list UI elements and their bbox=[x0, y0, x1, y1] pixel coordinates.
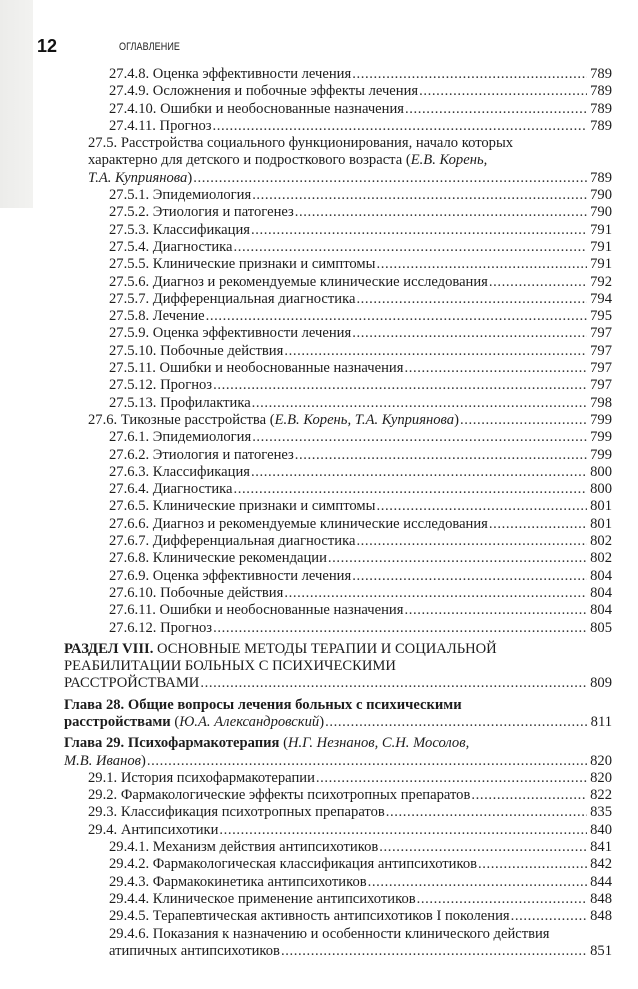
toc-subsection-entry[interactable]: 27.5.7. Дифференциальная диагностика794 bbox=[109, 291, 612, 308]
entry-page-number: 802 bbox=[588, 550, 612, 567]
dot-leader bbox=[379, 839, 587, 856]
entry-final-line: 29.4. Антипсихотики840 bbox=[88, 822, 612, 839]
entry-page-number: 792 bbox=[588, 274, 612, 291]
dot-leader bbox=[295, 204, 587, 221]
dot-leader bbox=[251, 464, 587, 481]
entry-final-line: Т.А. Куприянова)789 bbox=[88, 170, 612, 187]
entry-final-line: 27.5.5. Клинические признаки и симптомы7… bbox=[109, 256, 612, 273]
entry-page-number: 801 bbox=[588, 516, 612, 533]
entry-text-segment: 29.4.6. Показания к назначению и особенн… bbox=[109, 926, 550, 942]
entry-page-number: 851 bbox=[588, 943, 612, 960]
entry-page-number: 790 bbox=[588, 187, 612, 204]
dot-leader bbox=[405, 101, 587, 118]
entry-final-line: 27.6.10. Побочные действия804 bbox=[109, 585, 612, 602]
entry-page-number: 848 bbox=[588, 908, 612, 925]
entry-title: 27.5.7. Дифференциальная диагностика bbox=[109, 291, 355, 308]
entry-title-line: РАЗДЕЛ VIII. ОСНОВНЫЕ МЕТОДЫ ТЕРАПИИ И С… bbox=[64, 641, 612, 658]
dot-leader bbox=[200, 675, 587, 692]
entry-final-line: 27.5.6. Диагноз и рекомендуемые клиничес… bbox=[109, 274, 612, 291]
entry-final-line: 27.6.5. Клинические признаки и симптомы8… bbox=[109, 498, 612, 515]
entry-title-line: 29.4.6. Показания к назначению и особенн… bbox=[109, 926, 612, 943]
entry-final-line: 27.5.9. Оценка эффективности лечения797 bbox=[109, 325, 612, 342]
entry-page-number: 798 bbox=[588, 395, 612, 412]
entry-final-line: 29.4.1. Механизм действия антипсихотиков… bbox=[109, 839, 612, 856]
entry-final-line: 27.6.8. Клинические рекомендации802 bbox=[109, 550, 612, 567]
entry-final-line: 27.4.9. Осложнения и побочные эффекты ле… bbox=[109, 83, 612, 100]
entry-final-line: 27.5.2. Этиология и патогенез790 bbox=[109, 204, 612, 221]
entry-page-number: 804 bbox=[588, 568, 612, 585]
entry-title: М.В. Иванов) bbox=[64, 753, 146, 770]
entry-title: 27.6.6. Диагноз и рекомендуемые клиничес… bbox=[109, 516, 488, 533]
dot-leader bbox=[316, 770, 587, 787]
toc-subsection-entry[interactable]: 29.4.2. Фармакологическая классификация … bbox=[109, 856, 612, 873]
entry-final-line: 27.5.13. Профилактика798 bbox=[109, 395, 612, 412]
entry-page-number: 804 bbox=[588, 585, 612, 602]
entry-title: атипичных антипсихотиков bbox=[109, 943, 280, 960]
toc-subsection-entry[interactable]: 27.5.11. Ошибки и необоснованные назначе… bbox=[109, 360, 612, 377]
dot-leader bbox=[295, 447, 587, 464]
entry-final-line: 27.6.4. Диагностика800 bbox=[109, 481, 612, 498]
entry-text-segment: Т.А. Куприянова bbox=[88, 170, 187, 186]
dot-leader bbox=[386, 804, 587, 821]
entry-title: 27.5.8. Лечение bbox=[109, 308, 205, 325]
entry-title: 27.4.9. Осложнения и побочные эффекты ле… bbox=[109, 83, 418, 100]
dot-leader bbox=[213, 118, 587, 135]
entry-final-line: 27.6.6. Диагноз и рекомендуемые клиничес… bbox=[109, 516, 612, 533]
entry-title: Т.А. Куприянова) bbox=[88, 170, 192, 187]
running-head-title: ОГЛАВЛЕНИЕ bbox=[119, 41, 180, 53]
entry-page-number: 789 bbox=[588, 83, 612, 100]
entry-title: 27.6. Тикозные расстройства (Е.В. Корень… bbox=[88, 412, 459, 429]
entry-final-line: 27.5.11. Ошибки и необоснованные назначе… bbox=[109, 360, 612, 377]
entry-title: 27.5.5. Клинические признаки и симптомы bbox=[109, 256, 375, 273]
entry-page-number: 791 bbox=[588, 239, 612, 256]
toc-chapter-entry[interactable]: Глава 28. Общие вопросы лечения больных … bbox=[64, 697, 612, 732]
dot-leader bbox=[252, 429, 587, 446]
entry-page-number: 800 bbox=[588, 464, 612, 481]
entry-final-line: М.В. Иванов)820 bbox=[64, 753, 612, 770]
entry-page-number: 822 bbox=[588, 787, 612, 804]
entry-final-line: 29.4.5. Терапевтическая активность антип… bbox=[109, 908, 612, 925]
entry-text-segment: РАЗДЕЛ VIII. bbox=[64, 641, 153, 657]
entry-title: 27.6.1. Эпидемиология bbox=[109, 429, 251, 446]
entry-page-number: 804 bbox=[588, 602, 612, 619]
toc-subsection-entry[interactable]: 27.4.9. Осложнения и побочные эффекты ле… bbox=[109, 83, 612, 100]
dot-leader bbox=[511, 908, 587, 925]
entry-final-line: 27.5.3. Классификация791 bbox=[109, 222, 612, 239]
entry-page-number: 800 bbox=[588, 481, 612, 498]
toc-subsection-entry[interactable]: 29.4.3. Фармакокинетика антипсихотиков84… bbox=[109, 874, 612, 891]
entry-title: 29.3. Классификация психотропных препара… bbox=[88, 804, 385, 821]
entry-title: 29.1. История психофармакотерапии bbox=[88, 770, 315, 787]
entry-title: 27.4.8. Оценка эффективности лечения bbox=[109, 66, 351, 83]
dot-leader bbox=[193, 170, 587, 187]
entry-text-segment: РЕАБИЛИТАЦИИ БОЛЬНЫХ С ПСИХИЧЕСКИМИ bbox=[64, 658, 396, 674]
entry-page-number: 797 bbox=[588, 343, 612, 360]
entry-title: 27.6.10. Побочные действия bbox=[109, 585, 283, 602]
entry-page-number: 789 bbox=[588, 118, 612, 135]
entry-final-line: 27.5.4. Диагностика791 bbox=[109, 239, 612, 256]
entry-title-line: РЕАБИЛИТАЦИИ БОЛЬНЫХ С ПСИХИЧЕСКИМИ bbox=[64, 658, 612, 675]
entry-title: 27.5.2. Этиология и патогенез bbox=[109, 204, 294, 221]
entry-title: 27.4.11. Прогноз bbox=[109, 118, 212, 135]
dot-leader bbox=[489, 274, 587, 291]
toc-subsection-entry[interactable]: 29.4.4. Клиническое применение антипсихо… bbox=[109, 891, 612, 908]
entry-text-segment: расстройствами bbox=[64, 714, 171, 730]
dot-leader bbox=[234, 239, 588, 256]
toc-subsection-entry[interactable]: 27.4.10. Ошибки и необоснованные назначе… bbox=[109, 101, 612, 118]
entry-page-number: 799 bbox=[588, 429, 612, 446]
entry-final-line: 29.4.2. Фармакологическая классификация … bbox=[109, 856, 612, 873]
entry-page-number: 842 bbox=[588, 856, 612, 873]
dot-leader bbox=[419, 83, 587, 100]
entry-page-number: 801 bbox=[588, 498, 612, 515]
entry-title: 29.2. Фармакологические эффекты психотро… bbox=[88, 787, 470, 804]
entry-text-segment: 27.5. Расстройства социального функциони… bbox=[88, 135, 513, 151]
entry-text-segment: ) bbox=[319, 714, 324, 730]
dot-leader bbox=[206, 308, 587, 325]
page-number: 12 bbox=[37, 36, 57, 57]
dot-leader bbox=[352, 66, 587, 83]
toc-subsection-entry[interactable]: 27.6.9. Оценка эффективности лечения804 bbox=[109, 568, 612, 585]
entry-page-number: 835 bbox=[588, 804, 612, 821]
entry-page-number: 795 bbox=[588, 308, 612, 325]
toc-subsection-entry[interactable]: 27.6.5. Клинические признаки и симптомы8… bbox=[109, 498, 612, 515]
entry-title: 27.5.4. Диагностика bbox=[109, 239, 233, 256]
toc-subsection-entry[interactable]: 27.5.5. Клинические признаки и симптомы7… bbox=[109, 256, 612, 273]
toc-subsection-entry[interactable]: 29.4.1. Механизм действия антипсихотиков… bbox=[109, 839, 612, 856]
entry-final-line: 27.6.11. Ошибки и необоснованные назначе… bbox=[109, 602, 612, 619]
entry-final-line: 29.1. История психофармакотерапии820 bbox=[88, 770, 612, 787]
toc-subsection-entry[interactable]: 27.5.1. Эпидемиология790 bbox=[109, 187, 612, 204]
entry-page-number: 789 bbox=[588, 101, 612, 118]
entry-final-line: 29.3. Классификация психотропных препара… bbox=[88, 804, 612, 821]
toc-chapter-entry[interactable]: РАЗДЕЛ VIII. ОСНОВНЫЕ МЕТОДЫ ТЕРАПИИ И С… bbox=[64, 641, 612, 693]
dot-leader bbox=[213, 620, 587, 637]
toc-subsection-entry[interactable]: 27.6.6. Диагноз и рекомендуемые клиничес… bbox=[109, 516, 612, 533]
dot-leader bbox=[213, 377, 587, 394]
entry-title: 27.5.9. Оценка эффективности лечения bbox=[109, 325, 351, 342]
entry-text-segment: Н.Г. Незнанов, С.Н. Мосолов, bbox=[288, 735, 469, 751]
entry-text-segment: 27.6. Тикозные расстройства ( bbox=[88, 412, 275, 428]
toc-subsection-entry[interactable]: 27.5.13. Профилактика798 bbox=[109, 395, 612, 412]
toc-subsection-entry[interactable]: 27.5.3. Классификация791 bbox=[109, 222, 612, 239]
entry-final-line: 27.6.12. Прогноз805 bbox=[109, 620, 612, 637]
entry-title: 29.4.1. Механизм действия антипсихотиков bbox=[109, 839, 378, 856]
dot-leader bbox=[284, 585, 587, 602]
entry-title: 27.6.12. Прогноз bbox=[109, 620, 212, 637]
toc-subsection-entry[interactable]: 27.5.10. Побочные действия797 bbox=[109, 343, 612, 360]
toc-subsection-entry[interactable]: 27.6.8. Клинические рекомендации802 bbox=[109, 550, 612, 567]
dot-leader bbox=[147, 753, 587, 770]
entry-final-line: 27.6. Тикозные расстройства (Е.В. Корень… bbox=[88, 412, 612, 429]
entry-title: 27.6.3. Классификация bbox=[109, 464, 250, 481]
dot-leader bbox=[252, 395, 587, 412]
toc-subsection-entry[interactable]: 27.4.8. Оценка эффективности лечения789 bbox=[109, 66, 612, 83]
entry-page-number: 844 bbox=[588, 874, 612, 891]
toc-section-entry[interactable]: 29.3. Классификация психотропных препара… bbox=[88, 804, 612, 821]
entry-final-line: 27.5.12. Прогноз797 bbox=[109, 377, 612, 394]
dot-leader bbox=[356, 533, 587, 550]
entry-final-line: атипичных антипсихотиков851 bbox=[109, 943, 612, 960]
entry-final-line: 27.4.8. Оценка эффективности лечения789 bbox=[109, 66, 612, 83]
entry-title: 27.6.11. Ошибки и необоснованные назначе… bbox=[109, 602, 403, 619]
toc-section-entry[interactable]: 29.1. История психофармакотерапии820 bbox=[88, 770, 612, 787]
entry-final-line: 27.6.2. Этиология и патогенез799 bbox=[109, 447, 612, 464]
entry-final-line: 27.6.7. Дифференциальная диагностика802 bbox=[109, 533, 612, 550]
entry-final-line: 29.4.3. Фармакокинетика антипсихотиков84… bbox=[109, 874, 612, 891]
dot-leader bbox=[284, 343, 587, 360]
entry-text-segment: ) bbox=[141, 753, 146, 769]
toc-chapter-entry[interactable]: Глава 29. Психофармакотерапия (Н.Г. Незн… bbox=[64, 735, 612, 770]
toc-subsection-entry[interactable]: 27.6.1. Эпидемиология799 bbox=[109, 429, 612, 446]
entry-page-number: 809 bbox=[588, 675, 612, 692]
toc-subsection-entry[interactable]: 27.5.6. Диагноз и рекомендуемые клиничес… bbox=[109, 274, 612, 291]
dot-leader bbox=[219, 822, 587, 839]
toc-subsection-entry[interactable]: 27.6.3. Классификация800 bbox=[109, 464, 612, 481]
entry-final-line: 27.5.10. Побочные действия797 bbox=[109, 343, 612, 360]
entry-final-line: 27.6.1. Эпидемиология799 bbox=[109, 429, 612, 446]
entry-text-segment: Е.В. Корень, bbox=[411, 152, 488, 168]
entry-page-number: 799 bbox=[588, 412, 612, 429]
entry-title-line: характерно для детского и подросткового … bbox=[88, 152, 612, 169]
entry-title: 27.5.6. Диагноз и рекомендуемые клиничес… bbox=[109, 274, 488, 291]
toc-subsection-entry[interactable]: 27.5.4. Диагностика791 bbox=[109, 239, 612, 256]
toc-subsection-entry[interactable]: 27.5.12. Прогноз797 bbox=[109, 377, 612, 394]
entry-title: 27.5.13. Профилактика bbox=[109, 395, 251, 412]
entry-title: 27.5.12. Прогноз bbox=[109, 377, 212, 394]
entry-page-number: 848 bbox=[588, 891, 612, 908]
entry-text-segment: ( bbox=[171, 714, 180, 730]
entry-page-number: 791 bbox=[588, 256, 612, 273]
entry-page-number: 797 bbox=[588, 360, 612, 377]
entry-text-segment: ( bbox=[279, 735, 288, 751]
entry-title: 27.5.10. Побочные действия bbox=[109, 343, 283, 360]
entry-text-segment: Глава 28. Общие вопросы лечения больных … bbox=[64, 697, 462, 713]
entry-page-number: 802 bbox=[588, 533, 612, 550]
entry-title-line: Глава 28. Общие вопросы лечения больных … bbox=[64, 697, 612, 714]
entry-final-line: 27.5.8. Лечение795 bbox=[109, 308, 612, 325]
toc-section-entry[interactable]: 27.5. Расстройства социального функциони… bbox=[88, 135, 612, 187]
toc-section-entry[interactable]: 29.2. Фармакологические эффекты психотро… bbox=[88, 787, 612, 804]
entry-page-number: 790 bbox=[588, 204, 612, 221]
toc-subsection-entry[interactable]: 27.6.7. Дифференциальная диагностика802 bbox=[109, 533, 612, 550]
entry-title: 27.6.5. Клинические признаки и симптомы bbox=[109, 498, 375, 515]
dot-leader bbox=[478, 856, 587, 873]
entry-page-number: 797 bbox=[588, 377, 612, 394]
dot-leader bbox=[471, 787, 587, 804]
entry-final-line: 29.4.4. Клиническое применение антипсихо… bbox=[109, 891, 612, 908]
entry-page-number: 805 bbox=[588, 620, 612, 637]
entry-title: 29.4.4. Клиническое применение антипсихо… bbox=[109, 891, 416, 908]
entry-text-segment: Е.В. Корень, Т.А. Куприянова bbox=[275, 412, 455, 428]
toc-subsection-entry[interactable]: 27.6.10. Побочные действия804 bbox=[109, 585, 612, 602]
entry-final-line: 27.4.10. Ошибки и необоснованные назначе… bbox=[109, 101, 612, 118]
dot-leader bbox=[460, 412, 587, 429]
dot-leader bbox=[328, 550, 587, 567]
entry-text-segment: Ю.А. Александровский bbox=[179, 714, 319, 730]
toc-subsection-entry[interactable]: 27.5.2. Этиология и патогенез790 bbox=[109, 204, 612, 221]
toc-section-entry[interactable]: 29.4. Антипсихотики840 bbox=[88, 822, 612, 839]
dot-leader bbox=[404, 602, 587, 619]
entry-page-number: 820 bbox=[588, 770, 612, 787]
entry-text-segment: М.В. Иванов bbox=[64, 753, 141, 769]
toc-subsection-entry[interactable]: 27.5.9. Оценка эффективности лечения797 bbox=[109, 325, 612, 342]
entry-page-number: 789 bbox=[588, 170, 612, 187]
toc-subsection-entry[interactable]: 27.4.11. Прогноз789 bbox=[109, 118, 612, 135]
toc-subsection-entry[interactable]: 29.4.6. Показания к назначению и особенн… bbox=[109, 926, 612, 961]
entry-title-line: 27.5. Расстройства социального функциони… bbox=[88, 135, 612, 152]
dot-leader bbox=[376, 256, 587, 273]
entry-title: 27.5.3. Классификация bbox=[109, 222, 250, 239]
entry-title: 27.6.4. Диагностика bbox=[109, 481, 233, 498]
entry-page-number: 791 bbox=[588, 222, 612, 239]
entry-text-segment: характерно для детского и подросткового … bbox=[88, 152, 411, 168]
entry-title: 27.6.2. Этиология и патогенез bbox=[109, 447, 294, 464]
entry-final-line: 29.2. Фармакологические эффекты психотро… bbox=[88, 787, 612, 804]
toc-subsection-entry[interactable]: 27.6.11. Ошибки и необоснованные назначе… bbox=[109, 602, 612, 619]
entry-final-line: 27.5.1. Эпидемиология790 bbox=[109, 187, 612, 204]
entry-title: 27.5.11. Ошибки и необоснованные назначе… bbox=[109, 360, 403, 377]
entry-title: 29.4. Антипсихотики bbox=[88, 822, 218, 839]
dot-leader bbox=[281, 943, 587, 960]
dot-leader bbox=[356, 291, 587, 308]
dot-leader bbox=[252, 187, 587, 204]
entry-title: 27.6.8. Клинические рекомендации bbox=[109, 550, 327, 567]
entry-title: 29.4.5. Терапевтическая активность антип… bbox=[109, 908, 510, 925]
entry-page-number: 789 bbox=[588, 66, 612, 83]
dot-leader bbox=[417, 891, 587, 908]
entry-page-number: 820 bbox=[588, 753, 612, 770]
entry-text-segment: ОСНОВНЫЕ МЕТОДЫ ТЕРАПИИ И СОЦИАЛЬНОЙ bbox=[153, 641, 496, 657]
entry-text-segment: РАССТРОЙСТВАМИ bbox=[64, 675, 199, 691]
toc-subsection-entry[interactable]: 27.6.4. Диагностика800 bbox=[109, 481, 612, 498]
dot-leader bbox=[234, 481, 588, 498]
entry-page-number: 797 bbox=[588, 325, 612, 342]
dot-leader bbox=[251, 222, 587, 239]
dot-leader bbox=[352, 325, 587, 342]
entry-title: 27.5.1. Эпидемиология bbox=[109, 187, 251, 204]
toc-section-entry[interactable]: 27.6. Тикозные расстройства (Е.В. Корень… bbox=[88, 412, 612, 429]
entry-page-number: 841 bbox=[588, 839, 612, 856]
entry-title: 29.4.2. Фармакологическая классификация … bbox=[109, 856, 477, 873]
dot-leader bbox=[325, 714, 587, 731]
entry-final-line: РАССТРОЙСТВАМИ809 bbox=[64, 675, 612, 692]
entry-title: 29.4.3. Фармакокинетика антипсихотиков bbox=[109, 874, 367, 891]
dot-leader bbox=[376, 498, 587, 515]
dot-leader bbox=[489, 516, 587, 533]
toc-subsection-entry[interactable]: 29.4.5. Терапевтическая активность антип… bbox=[109, 908, 612, 925]
dot-leader bbox=[368, 874, 587, 891]
toc-subsection-entry[interactable]: 27.6.2. Этиология и патогенез799 bbox=[109, 447, 612, 464]
entry-page-number: 811 bbox=[588, 714, 612, 731]
page-gutter-shadow bbox=[0, 0, 33, 208]
dot-leader bbox=[352, 568, 587, 585]
entry-page-number: 794 bbox=[588, 291, 612, 308]
entry-text-segment: Глава 29. Психофармакотерапия bbox=[64, 735, 279, 751]
entry-page-number: 799 bbox=[588, 447, 612, 464]
entry-final-line: расстройствами (Ю.А. Александровский)811 bbox=[64, 714, 612, 731]
entry-title: РАССТРОЙСТВАМИ bbox=[64, 675, 199, 692]
entry-page-number: 840 bbox=[588, 822, 612, 839]
entry-title: 27.6.7. Дифференциальная диагностика bbox=[109, 533, 355, 550]
entry-text-segment: ) bbox=[187, 170, 192, 186]
entry-text-segment: атипичных антипсихотиков bbox=[109, 943, 280, 959]
entry-final-line: 27.4.11. Прогноз789 bbox=[109, 118, 612, 135]
toc-subsection-entry[interactable]: 27.5.8. Лечение795 bbox=[109, 308, 612, 325]
entry-final-line: 27.5.7. Дифференциальная диагностика794 bbox=[109, 291, 612, 308]
entry-title: расстройствами (Ю.А. Александровский) bbox=[64, 714, 324, 731]
entry-final-line: 27.6.9. Оценка эффективности лечения804 bbox=[109, 568, 612, 585]
entry-text-segment: ) bbox=[454, 412, 459, 428]
toc-subsection-entry[interactable]: 27.6.12. Прогноз805 bbox=[109, 620, 612, 637]
entry-final-line: 27.6.3. Классификация800 bbox=[109, 464, 612, 481]
dot-leader bbox=[404, 360, 587, 377]
entry-title: 27.6.9. Оценка эффективности лечения bbox=[109, 568, 351, 585]
entry-title-line: Глава 29. Психофармакотерапия (Н.Г. Незн… bbox=[64, 735, 612, 752]
table-of-contents: 27.4.8. Оценка эффективности лечения7892… bbox=[64, 66, 612, 960]
entry-title: 27.4.10. Ошибки и необоснованные назначе… bbox=[109, 101, 404, 118]
